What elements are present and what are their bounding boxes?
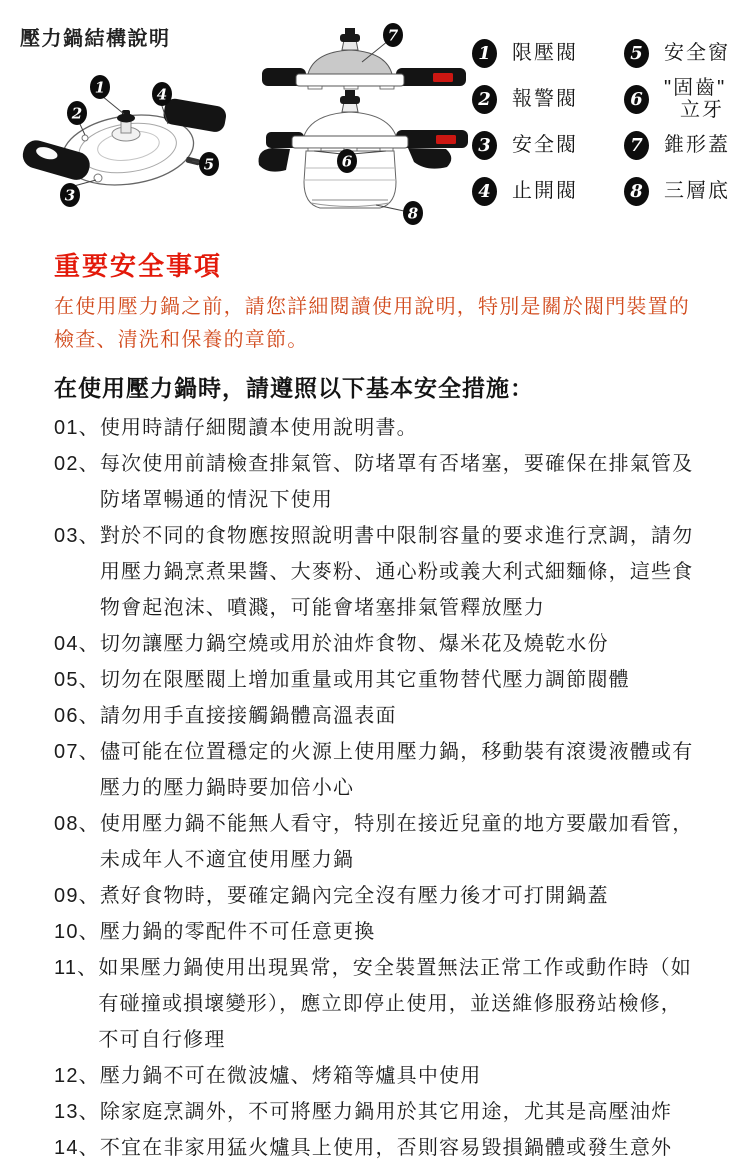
rule-text: 每次使用前請檢查排氣管、防堵罩有否堵塞，要確保在排氣管及防堵罩暢通的情況下使用	[100, 446, 696, 518]
legend-label-3: 安全閥	[512, 134, 618, 156]
rule-text: 切勿在限壓閥上增加重量或用其它重物替代壓力調節閥體	[100, 662, 696, 698]
safety-rule-04: 04、切勿讓壓力鍋空燒或用於油炸食物、爆米花及燒乾水份	[54, 626, 696, 662]
legend-label-5: 安全窗	[664, 42, 750, 64]
part-badge-1: 1	[90, 75, 110, 99]
rule-text: 除家庭烹調外，不可將壓力鍋用於其它用途，尤其是高壓油炸	[100, 1094, 696, 1130]
rule-number: 08、	[54, 806, 100, 878]
svg-text:6: 6	[342, 153, 353, 171]
rule-text: 使用時請仔細閱讀本使用說明書。	[100, 410, 696, 446]
legend-label-6: "固齒"立牙	[664, 77, 750, 121]
legend-label-4: 止開閥	[512, 180, 618, 202]
safety-rule-08: 08、使用壓力鍋不能無人看守，特別在接近兒童的地方要嚴加看管，未成年人不適宜使用…	[54, 806, 696, 878]
rule-text: 對於不同的食物應按照說明書中限制容量的要求進行烹調，請勿用壓力鍋烹煮果醬、大麥粉…	[100, 518, 696, 626]
rule-text: 儘可能在位置穩定的火源上使用壓力鍋，移動裝有滾燙液體或有壓力的壓力鍋時要加倍小心	[100, 734, 696, 806]
rule-text: 如果壓力鍋使用出現異常，安全裝置無法正常工作或動作時（如有碰撞或損壞變形），應立…	[98, 950, 696, 1058]
svg-text:2: 2	[71, 105, 82, 123]
safety-rule-13: 13、除家庭烹調外，不可將壓力鍋用於其它用途，尤其是高壓油炸	[54, 1094, 696, 1130]
legend-badge-5: 5	[624, 39, 649, 68]
legend-badge-1: 1	[472, 39, 497, 68]
rule-number: 07、	[54, 734, 100, 806]
svg-text:7: 7	[388, 27, 399, 45]
safety-heading: 重要安全事項	[54, 252, 696, 281]
safety-valve	[94, 174, 102, 182]
svg-text:5: 5	[204, 156, 214, 174]
rule-number: 05、	[54, 662, 100, 698]
safety-section: 重要安全事項 在使用壓力鍋之前，請您詳細閱讀使用說明，特別是關於閥門裝置的檢查、…	[54, 238, 696, 1166]
rule-text: 切勿讓壓力鍋空燒或用於油炸食物、爆米花及燒乾水份	[100, 626, 696, 662]
rule-number: 14、	[54, 1130, 100, 1166]
alarm-valve	[82, 135, 88, 141]
part-badge-6: 6	[337, 149, 357, 173]
legend-badge-4: 4	[472, 177, 497, 206]
cone-lid-dome	[308, 50, 392, 74]
rule-text: 煮好食物時，要確定鍋內完全沒有壓力後才可打開鍋蓋	[100, 878, 696, 914]
rule-number: 10、	[54, 914, 100, 950]
safety-rule-09: 09、煮好食物時，要確定鍋內完全沒有壓力後才可打開鍋蓋	[54, 878, 696, 914]
part-badge-8: 8	[403, 201, 423, 225]
rule-number: 01、	[54, 410, 100, 446]
svg-text:4: 4	[157, 86, 167, 104]
safety-subheading: 在使用壓力鍋時，請遵照以下基本安全措施：	[54, 375, 696, 403]
safety-rule-10: 10、壓力鍋的零配件不可任意更換	[54, 914, 696, 950]
legend-badge-6: 6	[624, 85, 649, 114]
safety-intro: 在使用壓力鍋之前，請您詳細閱讀使用說明，特別是關於閥門裝置的檢查、清洗和保養的章…	[54, 291, 696, 357]
part-badge-5: 5	[199, 152, 219, 176]
legend-badge-8: 8	[624, 177, 649, 206]
safety-rule-11: 11、如果壓力鍋使用出現異常，安全裝置無法正常工作或動作時（如有碰撞或損壞變形）…	[54, 950, 696, 1058]
legend-label-2: 報警閥	[512, 88, 618, 110]
safety-rules-list: 01、使用時請仔細閱讀本使用說明書。 02、每次使用前請檢查排氣管、防堵罩有否堵…	[54, 410, 696, 1166]
legend-label-8: 三層底	[664, 180, 750, 202]
part-badge-3: 3	[60, 183, 80, 207]
part-badge-7: 7	[383, 23, 403, 47]
rule-text: 不宜在非家用猛火爐具上使用，否則容易毀損鍋體或發生意外	[100, 1130, 696, 1166]
rule-number: 13、	[54, 1094, 100, 1130]
safety-rule-07: 07、儘可能在位置穩定的火源上使用壓力鍋，移動裝有滾燙液體或有壓力的壓力鍋時要加…	[54, 734, 696, 806]
brand-tag-2	[436, 135, 456, 144]
safety-rule-14: 14、不宜在非家用猛火爐具上使用，否則容易毀損鍋體或發生意外	[54, 1130, 696, 1166]
legend-badge-7: 7	[624, 131, 649, 160]
structure-title: 壓力鍋結構說明	[20, 22, 171, 51]
safety-rule-01: 01、使用時請仔細閱讀本使用說明書。	[54, 410, 696, 446]
rule-text: 壓力鍋不可在微波爐、烤箱等爐具中使用	[100, 1058, 696, 1094]
pot-left-grip	[259, 148, 290, 172]
svg-text:8: 8	[408, 205, 419, 223]
lid-top-view-diagram: 1 2 4 5 3	[18, 62, 268, 230]
svg-text:1: 1	[95, 79, 105, 97]
part-badge-2: 2	[67, 101, 87, 125]
safety-rule-06: 06、請勿用手直接接觸鍋體高溫表面	[54, 698, 696, 734]
rule-text: 請勿用手直接接觸鍋體高溫表面	[100, 698, 696, 734]
rule-text: 使用壓力鍋不能無人看守，特別在接近兒童的地方要嚴加看管，未成年人不適宜使用壓力鍋	[100, 806, 696, 878]
legend-badge-3: 3	[472, 131, 497, 160]
rule-number: 09、	[54, 878, 100, 914]
rule-number: 06、	[54, 698, 100, 734]
structure-section: 壓力鍋結構說明	[0, 0, 750, 238]
rule-number: 02、	[54, 446, 100, 518]
rule-number: 03、	[54, 518, 100, 626]
legend-label-7: 錐形蓋	[664, 134, 750, 156]
legend-label-1: 限壓閥	[512, 42, 618, 64]
rule-number: 12、	[54, 1058, 100, 1094]
svg-text:3: 3	[65, 187, 75, 205]
pot-right-grip	[408, 148, 451, 169]
safety-rule-05: 05、切勿在限壓閥上增加重量或用其它重物替代壓力調節閥體	[54, 662, 696, 698]
safety-rule-02: 02、每次使用前請檢查排氣管、防堵罩有否堵塞，要確保在排氣管及防堵罩暢通的情況下…	[54, 446, 696, 518]
legend-badge-2: 2	[472, 85, 497, 114]
rule-text: 壓力鍋的零配件不可任意更換	[100, 914, 696, 950]
rule-number: 11、	[54, 950, 98, 1058]
lid-side-right-handle	[396, 68, 466, 86]
brand-tag	[433, 73, 453, 82]
manual-page: 壓力鍋結構說明	[0, 0, 750, 238]
parts-legend: 1 限壓閥 5 安全窗 2 報警閥 6 "固齒"立牙 3 安全閥 7 錐形蓋 4…	[472, 30, 750, 214]
rule-number: 04、	[54, 626, 100, 662]
pot-side-view-diagram: 7 6	[250, 10, 480, 228]
safety-rule-12: 12、壓力鍋不可在微波爐、烤箱等爐具中使用	[54, 1058, 696, 1094]
safety-rule-03: 03、對於不同的食物應按照說明書中限制容量的要求進行烹調，請勿用壓力鍋烹煮果醬、…	[54, 518, 696, 626]
part-badge-4: 4	[152, 82, 172, 106]
